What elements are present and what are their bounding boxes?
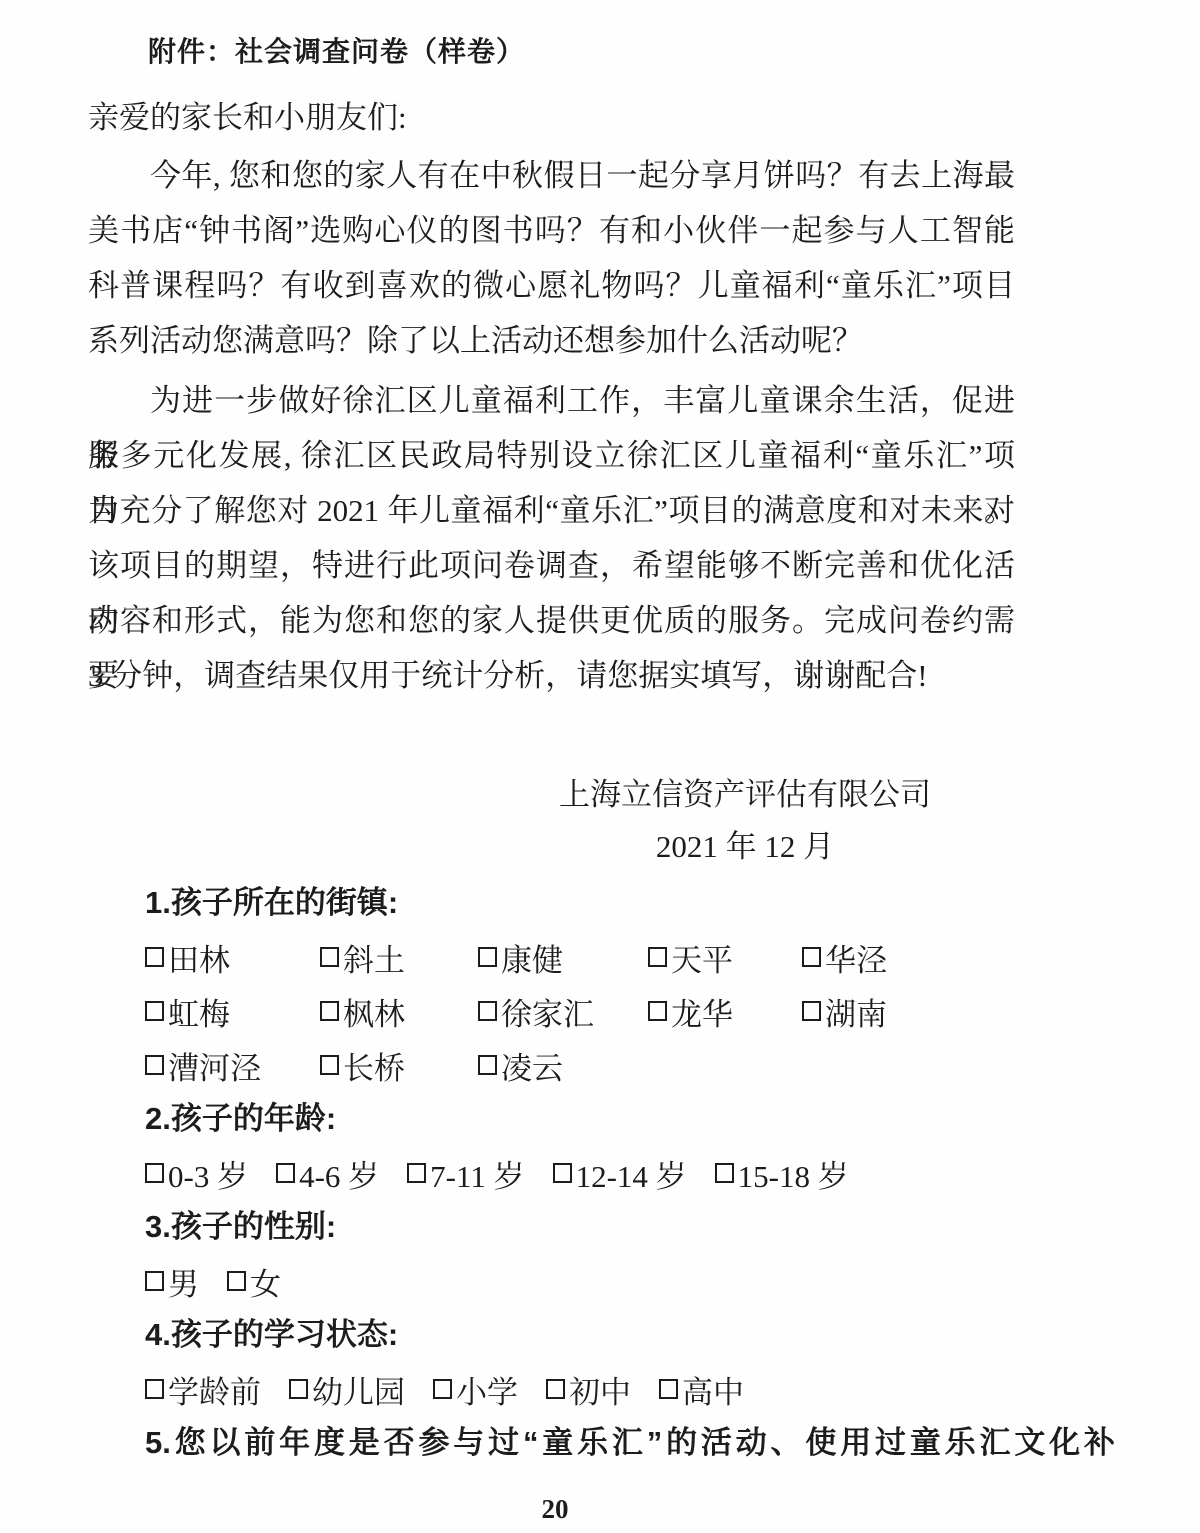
checkbox-icon bbox=[433, 1379, 452, 1399]
intro-paragraph: 今年, 您和您的家人有在中秋假日一起分享月饼吗？有去上海最美书店“钟书阁”选购心… bbox=[88, 148, 1015, 368]
option-label: 长桥 bbox=[343, 1043, 405, 1088]
option-label: 15-18 岁 bbox=[738, 1151, 849, 1196]
option-label: 凌云 bbox=[501, 1043, 563, 1088]
checkbox-icon bbox=[145, 947, 164, 967]
checkbox-icon bbox=[145, 1379, 164, 1399]
paragraph-line: 务多元化发展, 徐汇区民政局特别设立徐汇区儿童福利“童乐汇”项目。 bbox=[88, 428, 1015, 483]
checkbox-option: 虹梅 bbox=[145, 989, 320, 1034]
checkbox-icon bbox=[407, 1163, 426, 1183]
option-label: 高中 bbox=[682, 1367, 744, 1412]
checkbox-option: 华泾 bbox=[802, 935, 1115, 980]
checkbox-option: 龙华 bbox=[648, 989, 802, 1034]
question-label-2: 2.孩子的年龄: bbox=[145, 1092, 1115, 1146]
paragraph-line: 为进一步做好徐汇区儿童福利工作，丰富儿童课余生活，促进服 bbox=[88, 373, 1015, 428]
checkbox-option: 高中 bbox=[659, 1367, 744, 1412]
company-name: 上海立信资产评估有限公司 bbox=[400, 769, 1090, 821]
option-label: 斜土 bbox=[343, 935, 405, 980]
option-label: 虹梅 bbox=[168, 989, 230, 1034]
option-label: 男 bbox=[168, 1259, 199, 1304]
checkbox-icon bbox=[145, 1055, 164, 1075]
document-page: 附件：社会调查问卷（样卷） 亲爱的家长和小朋友们: 今年, 您和您的家人有在中秋… bbox=[0, 0, 1200, 1533]
checkbox-option: 天平 bbox=[648, 935, 802, 980]
option-row: 男女 bbox=[145, 1254, 1115, 1308]
checkbox-option: 康健 bbox=[478, 935, 648, 980]
checkbox-icon bbox=[276, 1163, 295, 1183]
option-row: 虹梅枫林徐家汇龙华湖南 bbox=[145, 984, 1115, 1038]
option-label: 幼儿园 bbox=[312, 1367, 405, 1412]
option-row: 田林斜土康健天平华泾 bbox=[145, 930, 1115, 984]
checkbox-icon bbox=[320, 947, 339, 967]
paragraph-line: 科普课程吗？有收到喜欢的微心愿礼物吗？儿童福利“童乐汇”项目 bbox=[88, 258, 1015, 313]
checkbox-icon bbox=[546, 1379, 565, 1399]
checkbox-icon bbox=[648, 947, 667, 967]
option-label: 7-11 岁 bbox=[430, 1151, 524, 1196]
checkbox-icon bbox=[478, 1001, 497, 1021]
checkbox-option: 初中 bbox=[546, 1367, 631, 1412]
checkbox-option: 0-3 岁 bbox=[145, 1151, 248, 1196]
question-label-5: 5.您以前年度是否参与过“童乐汇”的活动、使用过童乐汇文化补 bbox=[145, 1416, 1115, 1470]
checkbox-icon bbox=[802, 947, 821, 967]
checkbox-icon bbox=[478, 1055, 497, 1075]
checkbox-option: 7-11 岁 bbox=[407, 1151, 524, 1196]
checkbox-option: 男 bbox=[145, 1259, 199, 1304]
option-row: 漕河泾长桥凌云 bbox=[145, 1038, 1115, 1092]
questions-section: 1.孩子所在的街镇:田林斜土康健天平华泾虹梅枫林徐家汇龙华湖南漕河泾长桥凌云2.… bbox=[145, 876, 1115, 1470]
option-label: 女 bbox=[250, 1259, 281, 1304]
option-label: 枫林 bbox=[343, 989, 405, 1034]
checkbox-option: 小学 bbox=[433, 1367, 518, 1412]
checkbox-icon bbox=[227, 1271, 246, 1291]
option-label: 初中 bbox=[569, 1367, 631, 1412]
option-label: 天平 bbox=[671, 935, 733, 980]
checkbox-option: 漕河泾 bbox=[145, 1043, 320, 1088]
question-label-4: 4.孩子的学习状态: bbox=[145, 1308, 1115, 1362]
paragraph-line: 3 分钟，调查结果仅用于统计分析，请您据实填写，谢谢配合! bbox=[88, 648, 1015, 703]
option-row: 0-3 岁4-6 岁7-11 岁12-14 岁15-18 岁 bbox=[145, 1146, 1115, 1200]
paragraph-line: 美书店“钟书阁”选购心仪的图书吗？有和小伙伴一起参与人工智能 bbox=[88, 203, 1015, 258]
checkbox-icon bbox=[145, 1163, 164, 1183]
checkbox-option: 学龄前 bbox=[145, 1367, 261, 1412]
checkbox-icon bbox=[648, 1001, 667, 1021]
checkbox-icon bbox=[145, 1271, 164, 1291]
checkbox-option: 女 bbox=[227, 1259, 281, 1304]
option-label: 龙华 bbox=[671, 989, 733, 1034]
checkbox-option: 斜土 bbox=[320, 935, 478, 980]
option-row: 学龄前幼儿园小学初中高中 bbox=[145, 1362, 1115, 1416]
checkbox-option: 枫林 bbox=[320, 989, 478, 1034]
option-label: 康健 bbox=[501, 935, 563, 980]
purpose-paragraph: 为进一步做好徐汇区儿童福利工作，丰富儿童课余生活，促进服务多元化发展, 徐汇区民… bbox=[88, 373, 1015, 703]
checkbox-icon bbox=[553, 1163, 572, 1183]
checkbox-icon bbox=[659, 1379, 678, 1399]
checkbox-icon bbox=[289, 1379, 308, 1399]
option-label: 12-14 岁 bbox=[576, 1151, 687, 1196]
option-label: 0-3 岁 bbox=[168, 1151, 248, 1196]
option-label: 华泾 bbox=[825, 935, 887, 980]
checkbox-icon bbox=[320, 1055, 339, 1075]
attachment-title: 附件：社会调查问卷（样卷） bbox=[148, 28, 525, 76]
paragraph-line: 今年, 您和您的家人有在中秋假日一起分享月饼吗？有去上海最 bbox=[88, 148, 1015, 203]
page-number: 20 bbox=[0, 1494, 1110, 1525]
salutation: 亲爱的家长和小朋友们: bbox=[88, 97, 407, 139]
checkbox-option: 15-18 岁 bbox=[715, 1151, 849, 1196]
checkbox-icon bbox=[478, 947, 497, 967]
signature-block: 上海立信资产评估有限公司 2021 年 12 月 bbox=[400, 769, 1090, 873]
checkbox-icon bbox=[145, 1001, 164, 1021]
checkbox-option: 湖南 bbox=[802, 989, 1115, 1034]
option-label: 徐家汇 bbox=[501, 989, 594, 1034]
option-label: 田林 bbox=[168, 935, 230, 980]
option-label: 4-6 岁 bbox=[299, 1151, 379, 1196]
checkbox-option: 田林 bbox=[145, 935, 320, 980]
checkbox-icon bbox=[715, 1163, 734, 1183]
option-label: 小学 bbox=[456, 1367, 518, 1412]
checkbox-option: 长桥 bbox=[320, 1043, 478, 1088]
checkbox-option: 4-6 岁 bbox=[276, 1151, 379, 1196]
option-label: 漕河泾 bbox=[168, 1043, 261, 1088]
checkbox-option: 12-14 岁 bbox=[553, 1151, 687, 1196]
paragraph-line: 系列活动您满意吗？除了以上活动还想参加什么活动呢？ bbox=[88, 313, 1015, 368]
question-label-1: 1.孩子所在的街镇: bbox=[145, 876, 1115, 930]
paragraph-line: 内容和形式，能为您和您的家人提供更优质的服务。完成问卷约需要 bbox=[88, 593, 1015, 648]
checkbox-icon bbox=[320, 1001, 339, 1021]
option-label: 学龄前 bbox=[168, 1367, 261, 1412]
question-label-3: 3.孩子的性别: bbox=[145, 1200, 1115, 1254]
checkbox-icon bbox=[802, 1001, 821, 1021]
checkbox-option: 幼儿园 bbox=[289, 1367, 405, 1412]
signature-date: 2021 年 12 月 bbox=[400, 821, 1090, 873]
paragraph-line: 为充分了解您对 2021 年儿童福利“童乐汇”项目的满意度和对未来对 bbox=[88, 483, 1015, 538]
checkbox-option: 凌云 bbox=[478, 1043, 648, 1088]
paragraph-line: 该项目的期望，特进行此项问卷调查，希望能够不断完善和优化活动 bbox=[88, 538, 1015, 593]
option-label: 湖南 bbox=[825, 989, 887, 1034]
checkbox-option: 徐家汇 bbox=[478, 989, 648, 1034]
